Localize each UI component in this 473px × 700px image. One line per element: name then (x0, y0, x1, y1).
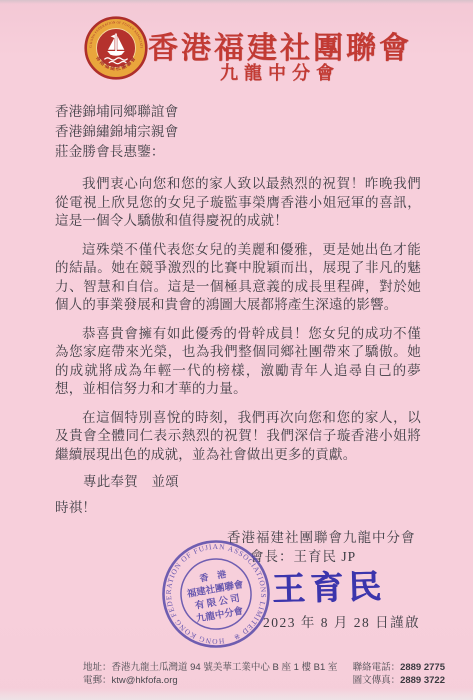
date-line: 2023 年 8 月 28 日謹啟 (263, 611, 420, 631)
paragraph-3: 恭喜貴會擁有如此優秀的骨幹成員！您女兒的成功不僅為您家庭帶來光榮，也為我們整個同… (55, 325, 421, 399)
fax-line: 圖文傳真：2889 3722 (353, 675, 445, 688)
recipient-line-1: 香港錦埔同鄉聯誼會 (55, 102, 421, 122)
association-logo sailboat-emblem-icon: HONG KONG FEDERATION OF FUJIAN ASSOCIATI… (84, 16, 148, 80)
footer-contact-left: 地址：香港九龍土瓜灣道 94 號美華工業中心 B 座 1 樓 B1 室 電郵：k… (83, 662, 337, 687)
email-line: 電郵：ktw@hkfofa.org (83, 675, 337, 688)
phone-line: 聯絡電話：2889 2775 (353, 662, 445, 675)
fax-label: 圖文傳真： (353, 675, 401, 686)
branch-title: 九龍中分會 (148, 59, 412, 85)
paragraph-4: 在這個特別喜悅的時刻，我們再次向您和您的家人，以及貴會全體同仁表示熱烈的祝賀！我… (55, 409, 421, 465)
closing-salute: 時祺！ (55, 498, 421, 518)
phone-value: 2889 2775 (400, 662, 445, 673)
handwritten-signature: 王育民 (271, 561, 386, 611)
footer: 地址：香港九龍土瓜灣道 94 號美華工業中心 B 座 1 樓 B1 室 電郵：k… (83, 662, 445, 687)
photo-bottom-edge (0, 688, 473, 700)
letter-body: 香港錦埔同鄉聯誼會 香港錦繡錦埔宗親會 莊金勝會長惠鑒： 我們衷心向您和您的家人… (55, 102, 421, 518)
paragraph-2: 這殊榮不僅代表您女兒的美麗和優雅，更是她出色才能的結晶。她在競爭激烈的比賽中脫穎… (55, 241, 421, 315)
photo-top-edge (0, 0, 473, 4)
footer-contact-right: 聯絡電話：2889 2775 圖文傳真：2889 3722 (353, 662, 445, 687)
recipient-line-2: 香港錦繡錦埔宗親會 (55, 122, 421, 142)
paragraph-1: 我們衷心向您和您的家人致以最熱烈的祝賀！昨晚我們從電視上欣見您的女兒子璇監事榮膺… (55, 175, 421, 231)
address-line: 地址：香港九龍土瓜灣道 94 號美華工業中心 B 座 1 樓 B1 室 (83, 662, 337, 675)
letter-page: HONG KONG FEDERATION OF FUJIAN ASSOCIATI… (0, 0, 473, 700)
salutation-line: 莊金勝會長惠鑒： (55, 142, 421, 162)
addressee-block: 香港錦埔同鄉聯誼會 香港錦繡錦埔宗親會 莊金勝會長惠鑒： (55, 102, 421, 162)
fax-value: 2889 3722 (400, 675, 445, 686)
company-stamp-icon: HONG KONG FEDERATION OF FUJIAN ASSOCIATI… (151, 529, 281, 659)
phone-label: 聯絡電話： (353, 662, 401, 673)
stamp-line-1: 香 港 (199, 568, 228, 584)
closing-line: 專此奉賀 並頌 (83, 472, 421, 492)
